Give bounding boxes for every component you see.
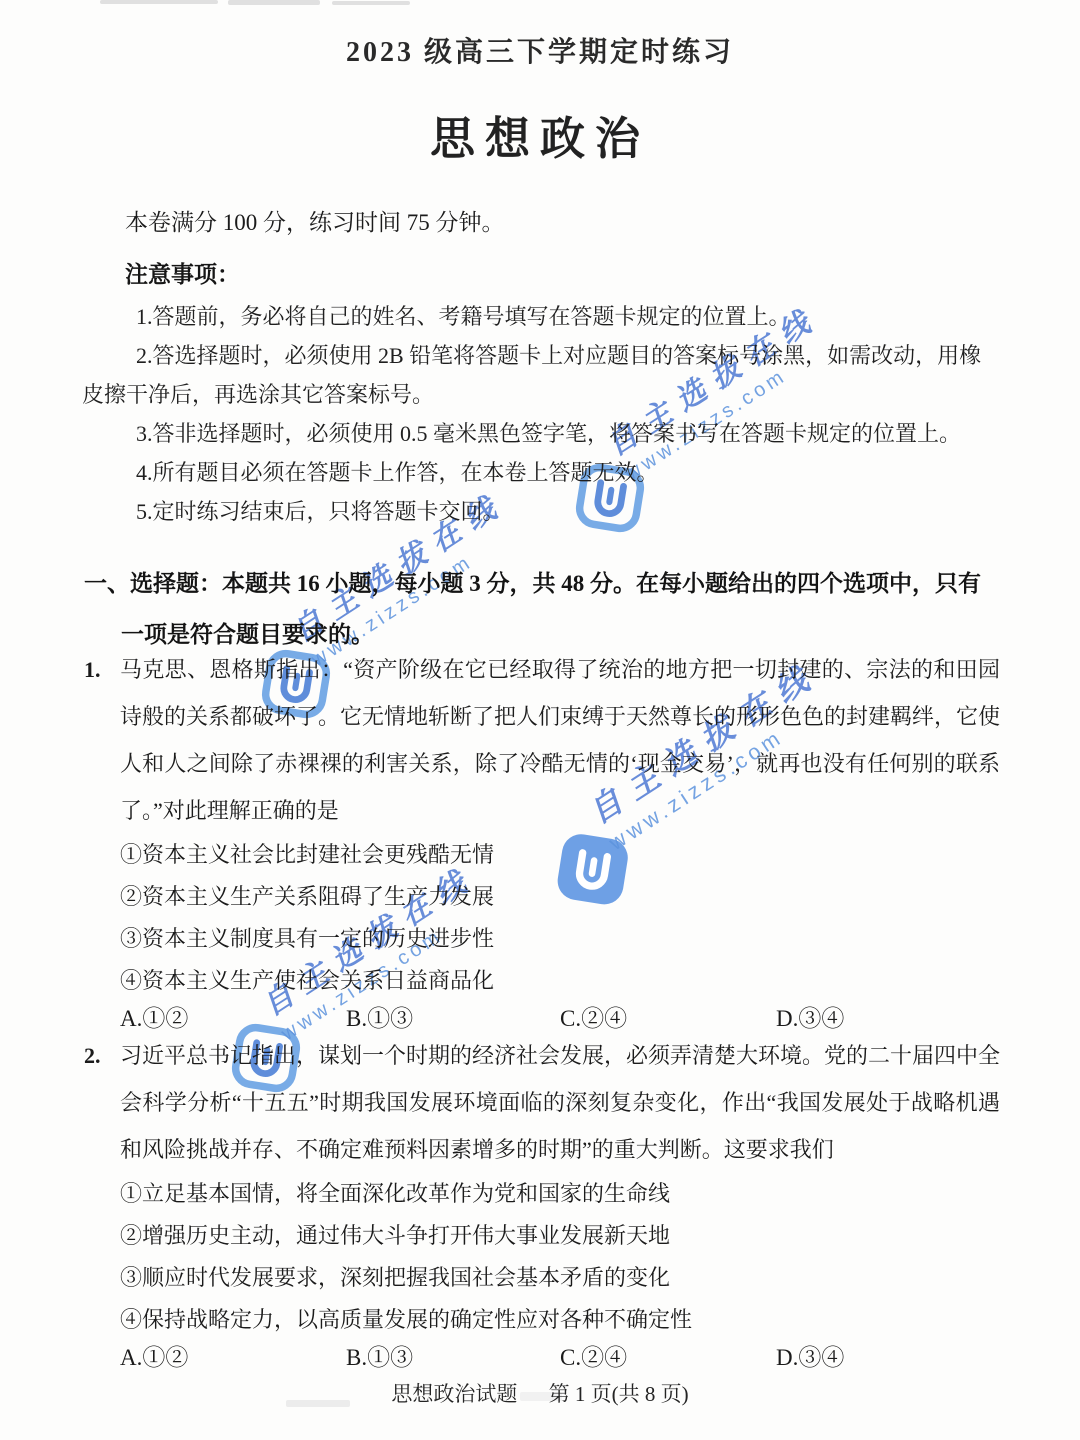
- question-body: 习近平总书记指出，谋划一个时期的经济社会发展，必须弄清楚大环境。党的二十届四中全…: [120, 1032, 1000, 1373]
- statement-item: ④资本主义生产使社会关系日益商品化: [120, 960, 1000, 1002]
- scan-artifact: [228, 0, 320, 5]
- note-item: 2.答选择题时，必须使用 2B 铅笔将答题卡上对应题目的答案标号涂黑，如需改动，…: [82, 336, 1000, 414]
- statement-item: ④保持战略定力，以高质量发展的确定性应对各种不确定性: [120, 1299, 1000, 1341]
- statement-item: ②增强历史主动，通过伟大斗争打开伟大事业发展新天地: [120, 1215, 1000, 1257]
- question-number: 1.: [84, 646, 101, 693]
- choice-a: A.①②: [120, 1004, 346, 1034]
- scan-artifact: [332, 1, 410, 5]
- statement-item: ③资本主义制度具有一定的历史进步性: [120, 918, 1000, 960]
- notes-heading: 注意事项：: [125, 256, 240, 289]
- statement-item: ①立足基本国情，将全面深化改革作为党和国家的生命线: [120, 1173, 1000, 1215]
- exam-subject-title: 思想政治: [0, 102, 1080, 167]
- footer-doc-label: 思想政治试题: [391, 1382, 517, 1406]
- exam-paper-page: 自主选拔在线 www.zizzs.com 自主选拔在线 www.zizzs.co…: [0, 0, 1080, 1440]
- choice-c: C.②④: [560, 1343, 776, 1373]
- note-item: 5.定时练习结束后，只将答题卡交回。: [82, 492, 1000, 531]
- statement-list: ①立足基本国情，将全面深化改革作为党和国家的生命线 ②增强历史主动，通过伟大斗争…: [120, 1173, 1000, 1341]
- exam-info-line: 本卷满分 100 分，练习时间 75 分钟。: [125, 204, 505, 237]
- question-stem: 马克思、恩格斯指出：“资产阶级在它已经取得了统治的地方把一切封建的、宗法的和田园…: [120, 646, 1000, 834]
- question-1: 1. 马克思、恩格斯指出：“资产阶级在它已经取得了统治的地方把一切封建的、宗法的…: [84, 646, 1000, 1034]
- statement-item: ②资本主义生产关系阻碍了生产力发展: [120, 876, 1000, 918]
- notes-list: 1.答题前，务必将自己的姓名、考籍号填写在答题卡规定的位置上。 2.答选择题时，…: [82, 297, 1000, 531]
- question-stem: 习近平总书记指出，谋划一个时期的经济社会发展，必须弄清楚大环境。党的二十届四中全…: [120, 1032, 1000, 1173]
- choice-a: A.①②: [120, 1343, 346, 1373]
- note-item: 3.答非选择题时，必须使用 0.5 毫米黑色签字笔，将答案书写在答题卡规定的位置…: [82, 414, 1000, 453]
- question-2: 2. 习近平总书记指出，谋划一个时期的经济社会发展，必须弄清楚大环境。党的二十届…: [84, 1032, 1000, 1373]
- exam-session-heading: 2023 级高三下学期定时练习: [0, 30, 1080, 70]
- choice-row: A.①② B.①③ C.②④ D.③④: [120, 1004, 1000, 1034]
- note-item: 1.答题前，务必将自己的姓名、考籍号填写在答题卡规定的位置上。: [82, 297, 1000, 336]
- footer-page-label: 第 1 页(共 8 页): [549, 1382, 689, 1406]
- choice-d: D.③④: [776, 1004, 1000, 1034]
- choice-row: A.①② B.①③ C.②④ D.③④: [120, 1343, 1000, 1373]
- choice-b: B.①③: [346, 1343, 560, 1373]
- choice-b: B.①③: [346, 1004, 560, 1034]
- statement-item: ①资本主义社会比封建社会更残酷无情: [120, 834, 1000, 876]
- statement-item: ③顺应时代发展要求，深刻把握我国社会基本矛盾的变化: [120, 1257, 1000, 1299]
- scan-artifact: [100, 0, 218, 4]
- section-heading: 一、选择题：本题共 16 小题，每小题 3 分，共 48 分。在每小题给出的四个…: [84, 558, 1000, 660]
- statement-list: ①资本主义社会比封建社会更残酷无情 ②资本主义生产关系阻碍了生产力发展 ③资本主…: [120, 834, 1000, 1002]
- choice-d: D.③④: [776, 1343, 1000, 1373]
- note-item: 4.所有题目必须在答题卡上作答，在本卷上答题无效。: [82, 453, 1000, 492]
- question-number: 2.: [84, 1032, 101, 1079]
- page-footer: 思想政治试题 第 1 页(共 8 页): [0, 1378, 1080, 1408]
- question-body: 马克思、恩格斯指出：“资产阶级在它已经取得了统治的地方把一切封建的、宗法的和田园…: [120, 646, 1000, 1034]
- choice-c: C.②④: [560, 1004, 776, 1034]
